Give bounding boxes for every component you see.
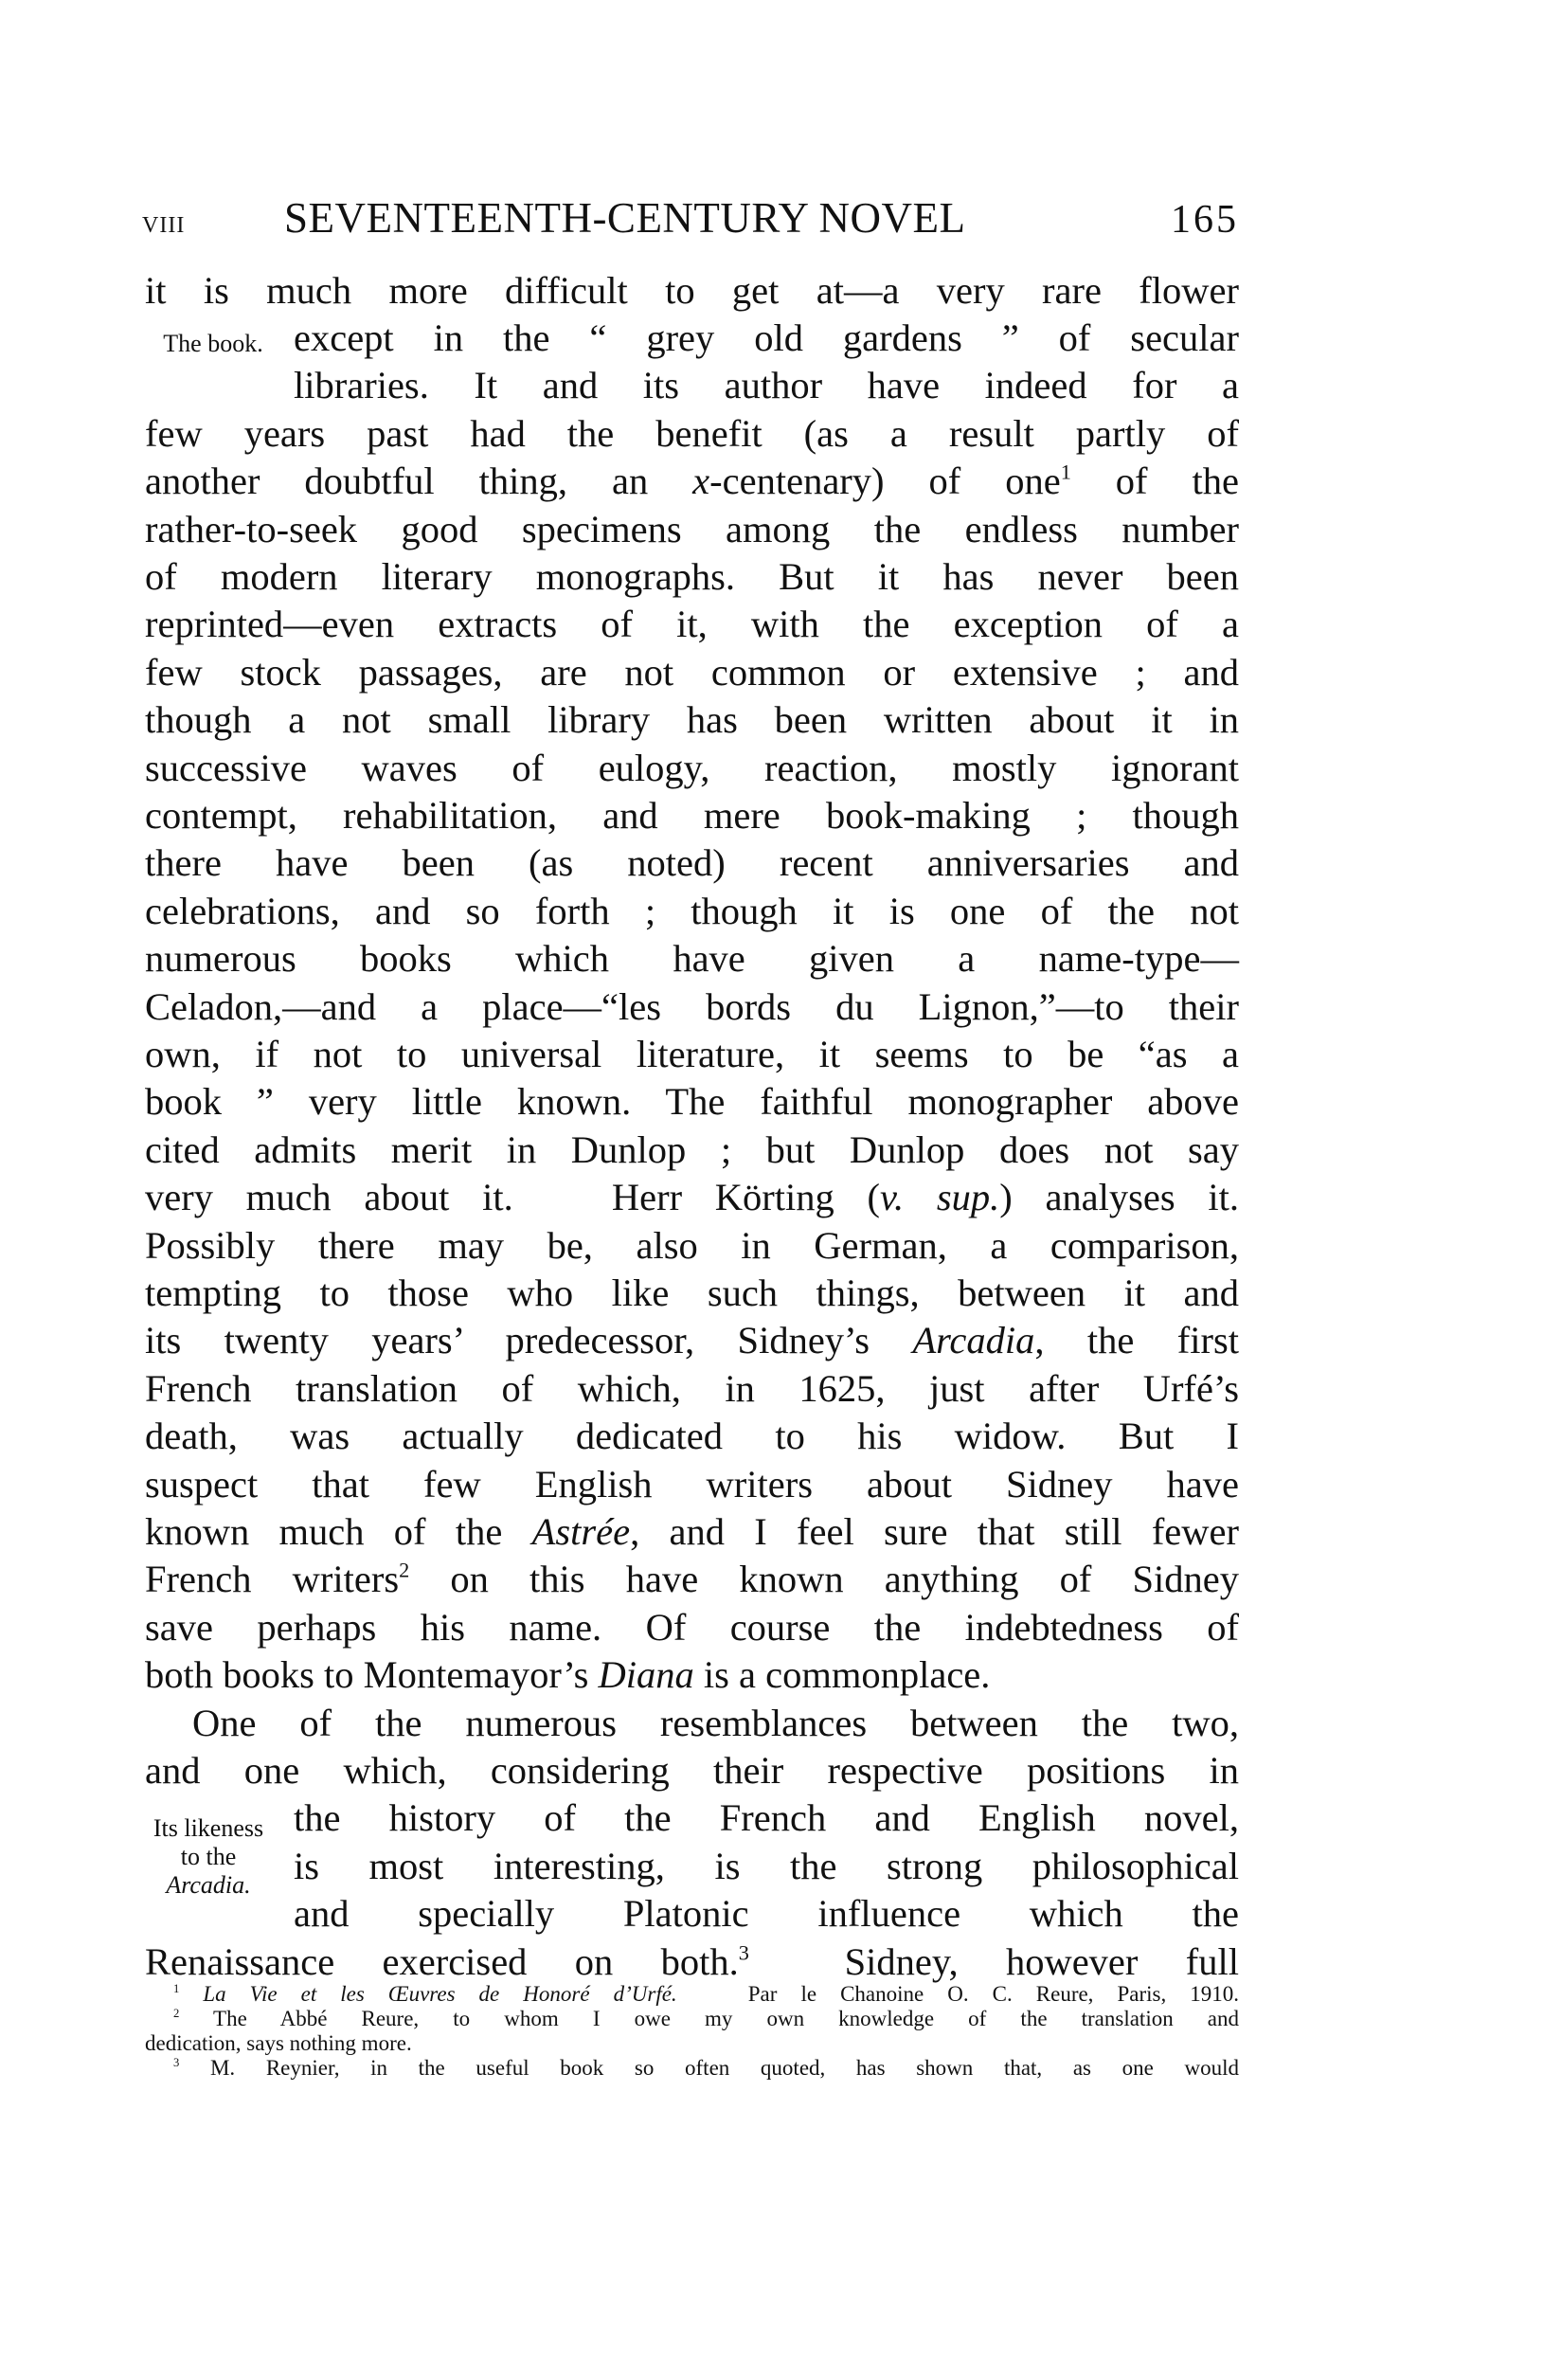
body-line: few years past had the benefit (as a res… — [145, 410, 1239, 458]
body-line: very much about it. Herr Körting (v. sup… — [145, 1174, 1239, 1221]
margin-note-line: The book. — [163, 330, 262, 357]
chapter-number: VIII — [142, 213, 185, 239]
body-line: celebrations, and so forth ; though it i… — [145, 888, 1239, 935]
body-line: cited admits merit in Dunlop ; but Dunlo… — [145, 1127, 1239, 1174]
body-line: Celadon,—and a place—“les bords du Ligno… — [145, 983, 1239, 1031]
body-line: own, if not to universal literature, it … — [145, 1031, 1239, 1078]
body-line: libraries. It and its author have indeed… — [294, 362, 1239, 409]
margin-note-italic: Arcadia. — [166, 1871, 250, 1899]
footnote-1: 1 La Vie et les Œuvres de Honoré d’Urfé.… — [145, 1981, 1239, 2008]
body-line: known much of the Astrée, and I feel sur… — [145, 1508, 1239, 1556]
body-line: and one which, considering their respect… — [145, 1747, 1239, 1794]
body-line: the history of the French and English no… — [294, 1794, 1239, 1842]
body-line: though a not small library has been writ… — [145, 696, 1239, 744]
body-line: both books to Montemayor’s Diana is a co… — [145, 1651, 1239, 1699]
body-line: French writers2 on this have known anyth… — [145, 1556, 1239, 1603]
body-line: rather-to-seek good specimens among the … — [145, 506, 1239, 553]
running-title: SEVENTEENTH-CENTURY NOVEL — [284, 193, 966, 243]
footnote-marker: 2 — [173, 2007, 179, 2020]
body-line: reprinted—even extracts of it, with the … — [145, 601, 1239, 648]
body-line: contempt, rehabilitation, and mere book-… — [145, 792, 1239, 839]
body-line: there have been (as noted) recent annive… — [145, 839, 1239, 887]
footnote-marker: 3 — [173, 2056, 179, 2069]
footnote-marker: 1 — [173, 1982, 179, 1995]
footnote-text: M. Reynier, in the useful book so often … — [210, 2056, 1239, 2080]
margin-note-line: Arcadia. — [133, 1871, 284, 1900]
footnote-2-continuation: dedication, says nothing more. — [145, 2030, 1239, 2057]
body-line: death, was actually dedicated to his wid… — [145, 1413, 1239, 1460]
book-page: VIII SEVENTEENTH-CENTURY NOVEL 165 The b… — [0, 0, 1561, 2380]
body-line: it is much more difficult to get at—a ve… — [145, 267, 1239, 315]
body-line: and specially Platonic influence which t… — [294, 1890, 1239, 1938]
body-line: another doubtful thing, an x-centenary) … — [145, 458, 1239, 505]
footnote-text: The Abbé Reure, to whom I owe my own kno… — [213, 2007, 1239, 2030]
footnote-title: La Vie et les Œuvres de Honoré d’Urfé. — [203, 1982, 676, 2006]
body-line: is most interesting, is the strong philo… — [294, 1843, 1239, 1890]
body-line: French translation of which, in 1625, ju… — [145, 1365, 1239, 1413]
body-line: its twenty years’ predecessor, Sidney’s … — [145, 1317, 1239, 1364]
body-line: few stock passages, are not common or ex… — [145, 649, 1239, 696]
running-head: VIII SEVENTEENTH-CENTURY NOVEL 165 — [142, 186, 1239, 243]
margin-note-line: to the — [133, 1843, 284, 1871]
margin-note-line: Its likeness — [133, 1814, 284, 1843]
body-line: save perhaps his name. Of course the ind… — [145, 1604, 1239, 1651]
body-line: Renaissance exercised on both.3 Sidney, … — [145, 1938, 1239, 1986]
body-line: Possibly there may be, also in German, a… — [145, 1222, 1239, 1270]
page-number: 165 — [1171, 197, 1239, 243]
body-line: successive waves of eulogy, reaction, mo… — [145, 745, 1239, 792]
body-line-paragraph-start: One of the numerous resemblances between… — [145, 1700, 1239, 1747]
margin-note-likeness: Its likeness to the Arcadia. — [133, 1814, 284, 1900]
footnote-3: 3 M. Reynier, in the useful book so ofte… — [145, 2055, 1239, 2082]
footnote-text: Par le Chanoine O. C. Reure, Paris, 1910… — [748, 1982, 1239, 2006]
footnote-2: 2 The Abbé Reure, to whom I owe my own k… — [145, 2006, 1239, 2032]
body-line: tempting to those who like such things, … — [145, 1270, 1239, 1317]
body-line: suspect that few English writers about S… — [145, 1461, 1239, 1508]
body-line: of modern literary monographs. But it ha… — [145, 553, 1239, 601]
margin-note-the-book: The book. — [142, 330, 284, 358]
body-line: book ” very little known. The faithful m… — [145, 1078, 1239, 1126]
body-line: numerous books which have given a name-t… — [145, 935, 1239, 983]
body-line: except in the “ grey old gardens ” of se… — [294, 315, 1239, 362]
